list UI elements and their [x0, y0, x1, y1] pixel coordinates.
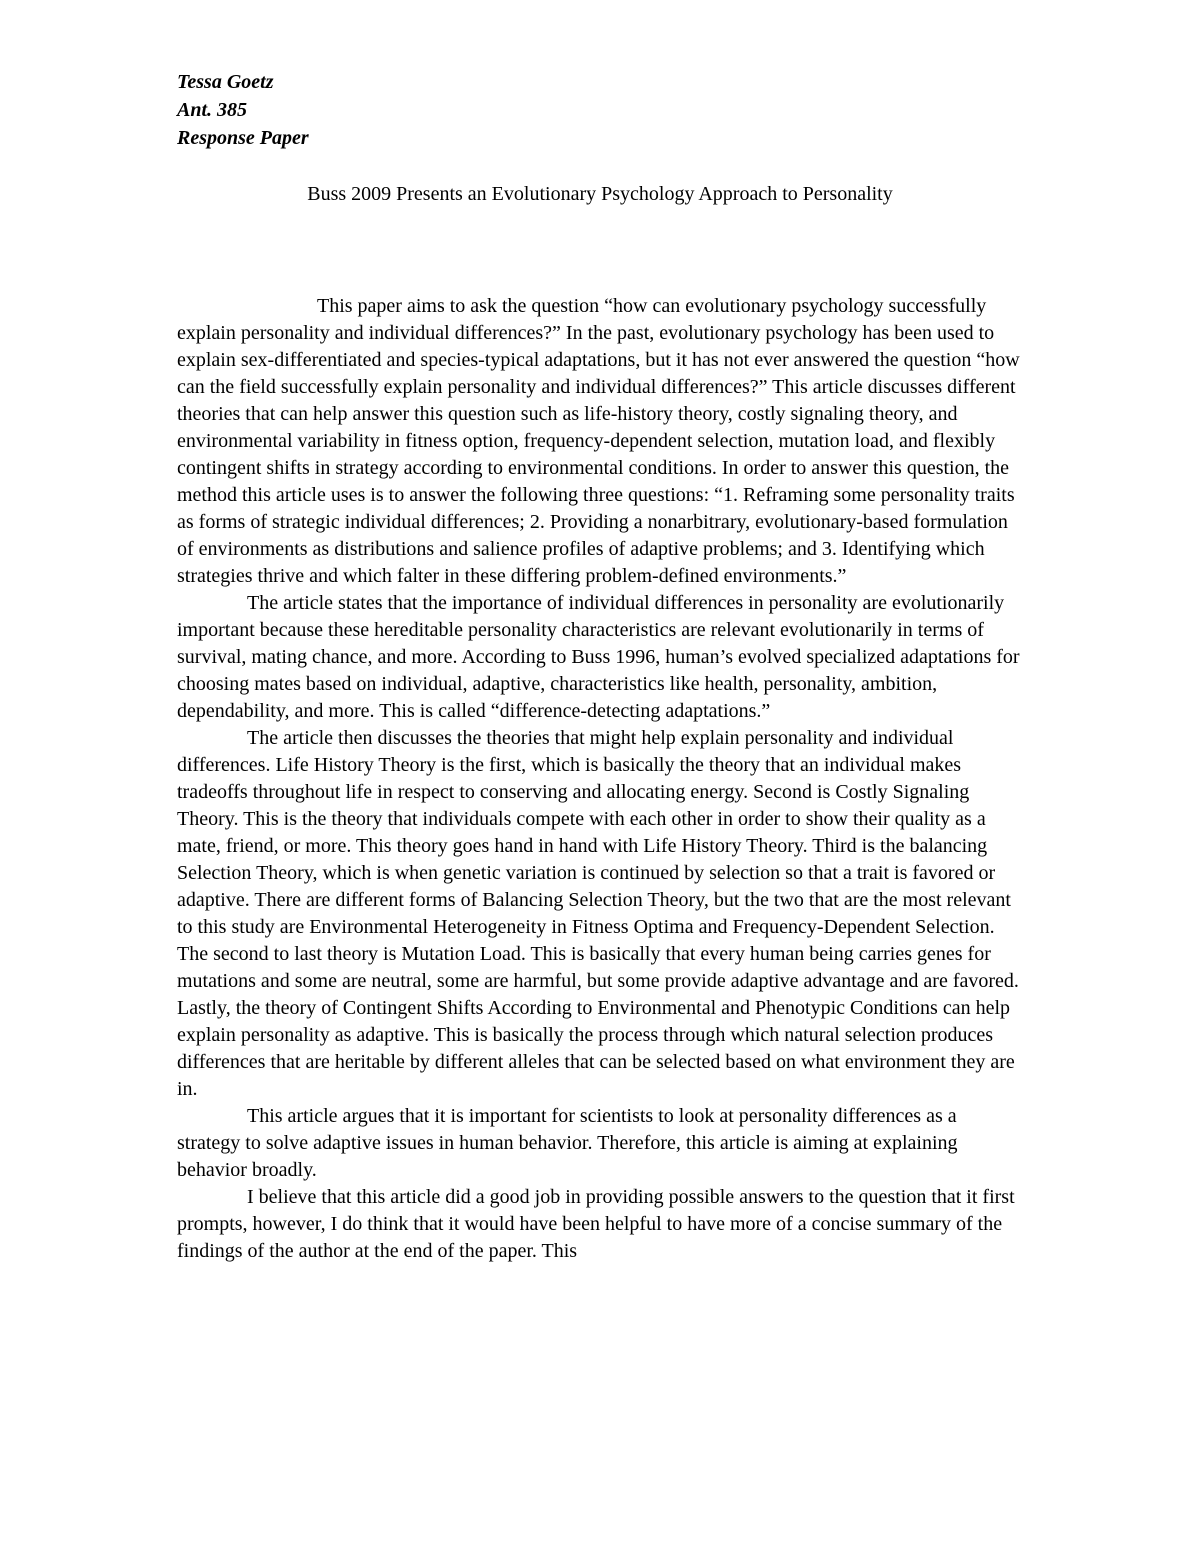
paragraph-theories: The article then discusses the theories … [177, 725, 1023, 1103]
paper-title: Buss 2009 Presents an Evolutionary Psych… [177, 180, 1023, 208]
paragraph-argument: This article argues that it is important… [177, 1103, 1023, 1184]
course-number: Ant. 385 [177, 96, 1023, 124]
document-page: Tessa Goetz Ant. 385 Response Paper Buss… [0, 0, 1200, 1553]
document-type: Response Paper [177, 124, 1023, 152]
paragraph-opinion: I believe that this article did a good j… [177, 1184, 1023, 1265]
document-body: This paper aims to ask the question “how… [177, 293, 1023, 1265]
paragraph-importance: The article states that the importance o… [177, 590, 1023, 725]
author-name: Tessa Goetz [177, 68, 1023, 96]
document-header: Tessa Goetz Ant. 385 Response Paper [177, 68, 1023, 152]
paragraph-intro: This paper aims to ask the question “how… [177, 293, 1023, 590]
